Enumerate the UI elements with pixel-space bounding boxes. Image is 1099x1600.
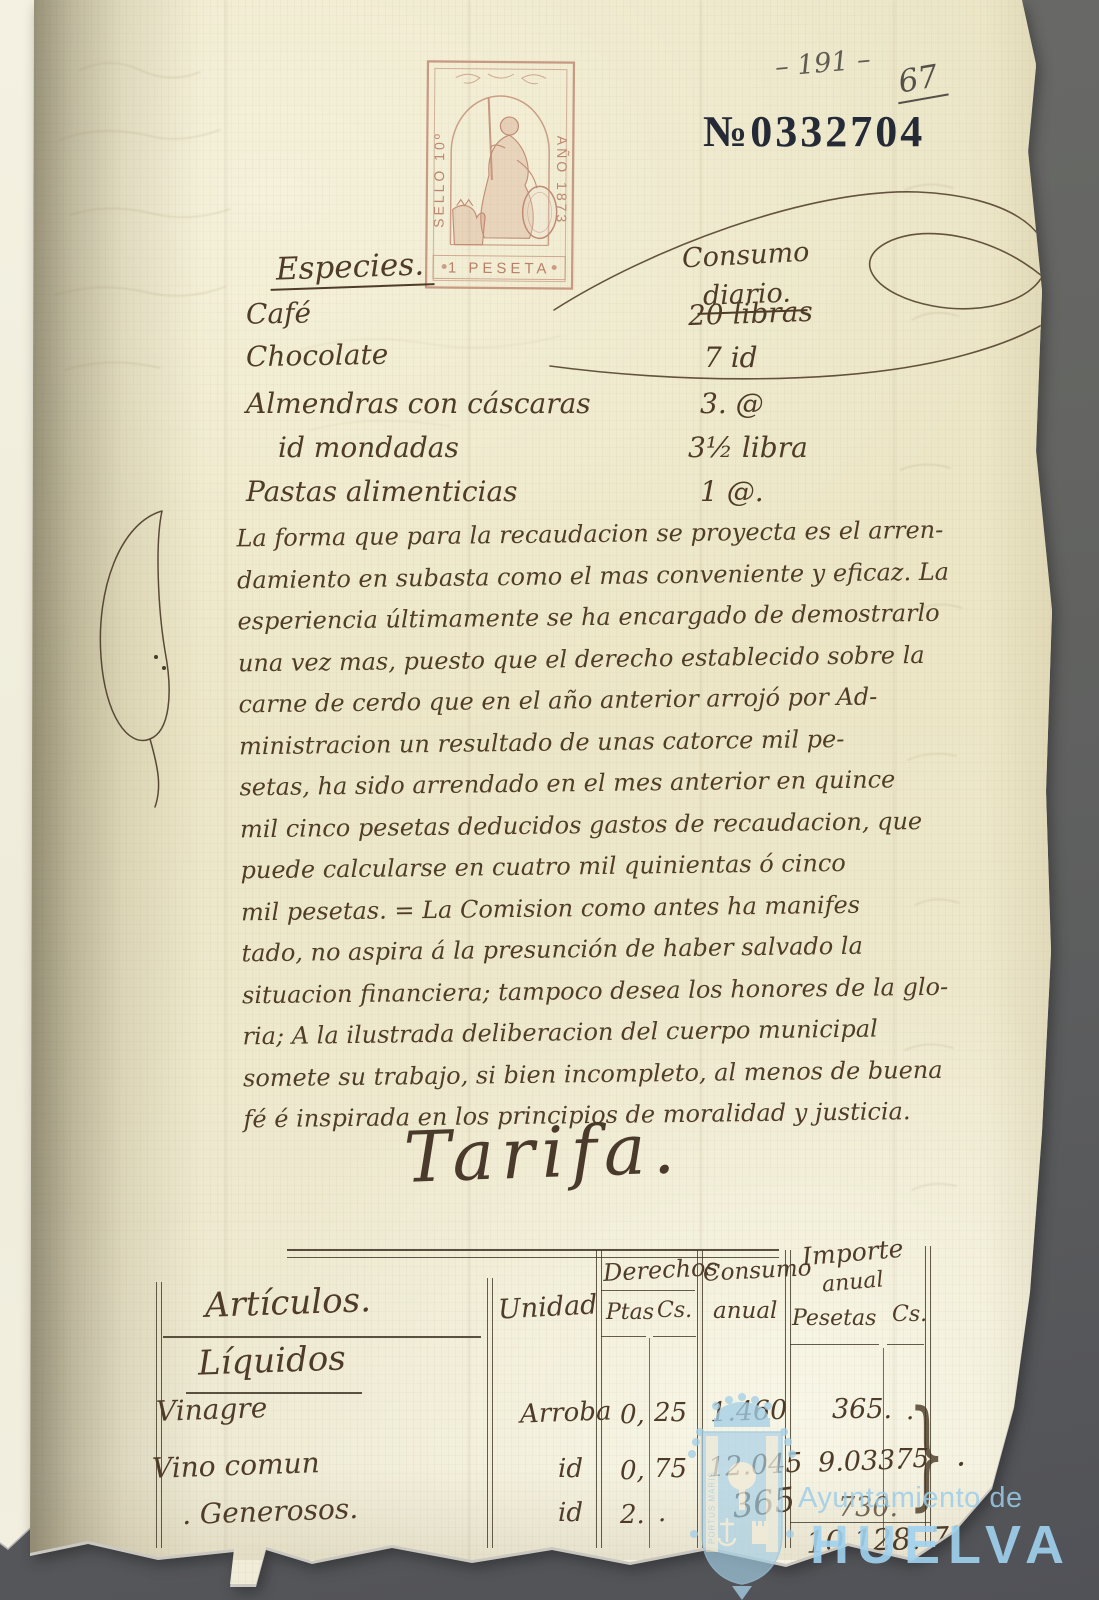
table-rule-horizontal [887,1344,924,1345]
table-header-ptas: Ptas [606,1302,654,1324]
species-item-value: 3. @ [700,390,764,418]
species-item-name: id mondadas [278,434,459,462]
table-header-cs: Cs. [657,1300,692,1322]
row-consumo: 365 [730,1482,797,1522]
row-consumo: 1.460 [710,1397,788,1427]
species-item-name: Chocolate [246,341,389,371]
row-articulo: . Generosos. [182,1495,359,1529]
table-rule-horizontal [163,1336,481,1338]
species-item-value: 20 libras [688,298,814,330]
species-item-name: Café [246,299,312,328]
table-header-consumo-1: Consumo [702,1257,812,1286]
table-rule-horizontal [790,1344,879,1345]
row-cs: 75 [654,1456,687,1482]
manuscript-photo: – 191 – 67 №0332704 [0,0,1099,1600]
margin-loop-flourish [92,505,222,815]
row-ptas: 0, [620,1458,645,1484]
stamp-left-label: SELLO 10º [431,131,448,228]
row-consumo: 12.045 [707,1450,803,1482]
table-rule-vertical [649,1338,650,1548]
species-item-value: 3½ libra [688,434,808,462]
table-rule-horizontal [601,1290,695,1291]
serial-number: №0332704 [703,106,925,157]
row-cs: . [658,1500,666,1526]
table-header-consumo-2: anual [713,1300,777,1323]
species-item-name: Pastas alimenticias [246,478,518,506]
table-section-liquidos: Líquidos [197,1341,346,1380]
row-pesetas: 9.033. [818,1447,905,1477]
species-header-left: Especies. [269,249,434,291]
table-rule-horizontal [653,1336,696,1337]
table-header-cs2: Cs. [892,1304,927,1326]
species-item-name: Almendras con cáscaras [246,390,591,418]
row-ptas: 0, [620,1402,645,1428]
row-ptas: 2. [620,1502,645,1528]
table-header-pesetas: Pesetas [792,1308,876,1330]
table-header-importe-2: anual [821,1269,884,1296]
row-articulo: Vino comun [152,1449,321,1483]
table-rule-vertical [487,1278,493,1548]
tarifa-title: Tarifa. [403,1113,683,1193]
row-pesetas: 730. [838,1494,898,1521]
table-rule-horizontal [601,1336,646,1337]
table-brace: } [908,1394,946,1512]
folio-mark: – 191 – [774,46,872,81]
table-rule-vertical [697,1250,703,1548]
species-item-value: 1 @. [700,478,764,506]
row-pesetas: 365. [832,1396,892,1423]
pen-flourish [548,158,1099,458]
species-header-right-1: Consumo [681,239,810,273]
row-unidad: id [558,1500,583,1526]
row-unidad: id [558,1456,583,1482]
species-item-value: 7 id [704,344,758,372]
table-total: 10.128. 75 [806,1523,969,1559]
row-articulo: Vinagre [156,1394,268,1426]
stamp-value-label: 1 PESETA [448,260,551,278]
manuscript-page: – 191 – 67 №0332704 [0,0,1099,1600]
row-cs: 25 [654,1400,687,1426]
margin-dot: · [998,1452,1008,1484]
margin-dot: · [956,1448,966,1480]
body-paragraph: La forma que para la recaudacion se proy… [236,510,956,1141]
table-header-derechos: Derechos [602,1255,718,1285]
row-unidad: Arroba [520,1398,612,1427]
table-header-unidad: Unidad [497,1291,598,1323]
table-header-articulos: Artículos. [204,1283,371,1323]
